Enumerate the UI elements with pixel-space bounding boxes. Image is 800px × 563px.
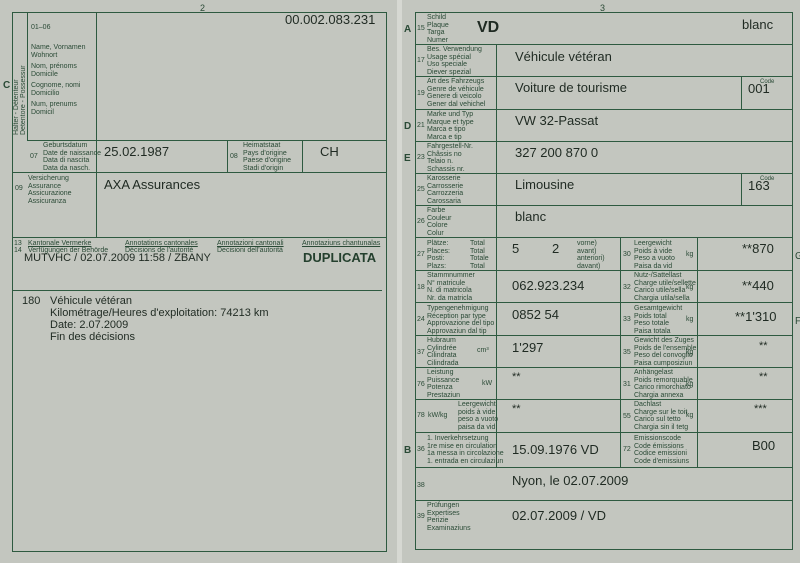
seats-front: 2 [552, 241, 559, 256]
birth-date-value: 25.02.1987 [104, 144, 169, 159]
insurance-value: AXA Assurances [104, 177, 200, 192]
special-use-value: Véhicule vétéran [515, 49, 612, 64]
body-label: KarosserieCarrosserie CarrozzeriaCarossa… [427, 175, 463, 205]
birth-date-label: GeburtsdatumDate de naissance Data di na… [43, 142, 101, 172]
power-label: LeistungPuissance PotenzaPrestaziun [427, 369, 460, 399]
vehicle-type-code: 001 [748, 81, 770, 96]
roof-load-label: DachlastCharge sur le toit Carico sul te… [634, 401, 688, 431]
type-approval-value: 0852 54 [512, 307, 559, 322]
holder-field-code: 01–06 [31, 24, 50, 32]
body-value: Limousine [515, 177, 574, 192]
section-letter-c: C [3, 80, 10, 91]
displacement-value: 1'297 [512, 340, 543, 355]
holder-vertical-label-2: Detentore - Possessur [20, 65, 28, 135]
make-model-value: VW 32-Passat [515, 113, 598, 128]
first-registration-label: 1. Inverkehrsetzung1re mise en circulati… [427, 435, 504, 465]
total-weight-label: GesamtgewichtPoids total Peso totalePais… [634, 305, 682, 335]
special-use-label: Bes. VerwendungUsage spécial Uso special… [427, 46, 482, 76]
matricule-label: StammnummerN° matricule N. di matricolaN… [427, 272, 475, 302]
plate-canton: VD [477, 19, 499, 37]
payload-value: **440 [742, 278, 774, 293]
train-weight-value: ** [759, 340, 768, 352]
decision-code: 180 [22, 295, 40, 307]
inspections-value: 02.07.2009 / VD [512, 508, 606, 523]
emissions-value: B00 [752, 438, 775, 453]
plate-color: blanc [742, 17, 773, 32]
home-state-label: HeimatstaatPays d'origine Paese d'origin… [243, 142, 291, 172]
place-date-value: Nyon, le 02.07.2009 [512, 473, 628, 488]
inspections-label: PrüfungenExpertises PerizieExaminaziuns [427, 502, 471, 532]
plate-label: SchildPlaque TargaNumer [427, 14, 449, 44]
body-code: 163 [748, 178, 770, 193]
color-label: FarbeCouleur ColoreColur [427, 207, 452, 237]
document-number: 00.002.083.231 [285, 12, 375, 27]
mutation-stamp: MUTVHC / 02.07.2009 11:58 / ZBANY [24, 252, 211, 264]
total-weight-value: **1'310 [735, 309, 777, 324]
vehicle-type-label: Art des FahrzeugsGenre de véhicule Gener… [427, 78, 485, 108]
seats-label: Plätze:Places: Posti:Plazs: [427, 240, 450, 270]
empty-weight-value: **870 [742, 241, 774, 256]
power-value: ** [512, 371, 521, 383]
power-weight-value: ** [512, 403, 521, 415]
chassis-value: 327 200 870 0 [515, 145, 598, 160]
empty-weight-label: LeergewichtPoids à vide Peso a vuotoPais… [634, 240, 675, 270]
matricule-value: 062.923.234 [512, 278, 584, 293]
holder-labels: Name, VornamenWohnort Nom, prénomsDomici… [31, 44, 85, 116]
duplicate-stamp: DUPLICATA [303, 250, 376, 265]
make-model-label: Marke und TypMarque et type Marca e tipo… [427, 111, 474, 141]
trailer-load-label: AnhängelastPoids remorquable Carico rimo… [634, 369, 693, 399]
left-page: 2 C Halter - Détenteur Detentore - Posse… [0, 0, 398, 563]
trailer-load-value: ** [759, 371, 768, 383]
right-page: 3 A 15 SchildPlaque TargaNumer VD blanc … [402, 0, 800, 563]
seats-total: 5 [512, 241, 519, 256]
insurance-label: VersicherungAssurance AssicurazioneAssic… [28, 175, 72, 205]
home-state-value: CH [320, 144, 339, 159]
first-registration-value: 15.09.1976 VD [512, 442, 599, 457]
power-weight-label: Leergewichtpoids à vide peso a vuotopais… [458, 401, 498, 431]
displacement-label: HubraumCylindrée CilindrataCilindrada [427, 337, 459, 367]
chassis-label: Fahrgestell-Nr.Châssis no Telaio n.Schas… [427, 143, 473, 173]
roof-load-value: *** [754, 403, 767, 415]
color-value: blanc [515, 209, 546, 224]
emissions-label: EmissionscodeCode émissions Codice emiss… [634, 435, 689, 465]
decision-lines: Véhicule vétéran Kilométrage/Heures d'ex… [50, 295, 269, 343]
vehicle-type-value: Voiture de tourisme [515, 80, 627, 95]
type-approval-label: TypengenehmigungRéception par type Appro… [427, 305, 494, 335]
